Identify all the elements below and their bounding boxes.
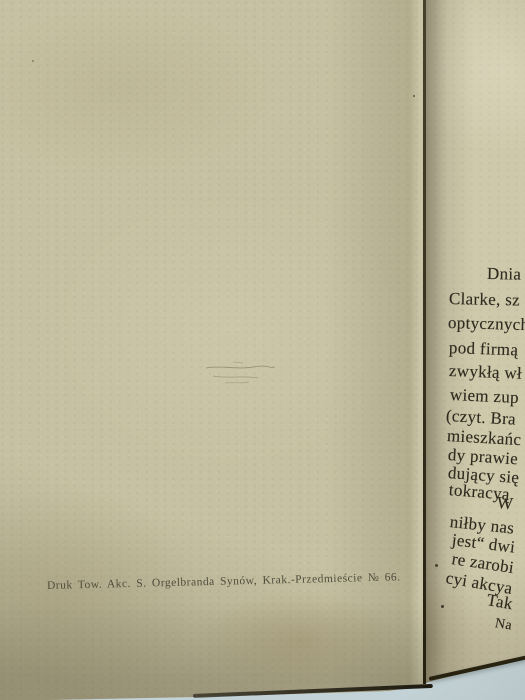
text-line: Dnia xyxy=(487,265,522,283)
book-photo: Druk Tow. Akc. S. Orgelbranda Synów, Kra… xyxy=(0,0,525,700)
text-line: Clarke, sz xyxy=(449,290,520,308)
printer-imprint: Druk Tow. Akc. S. Orgelbranda Synów, Kra… xyxy=(47,571,401,592)
text-line: zwykłą wł xyxy=(449,362,523,382)
text-line: Tak xyxy=(486,591,515,612)
text-line: pod firmą xyxy=(449,339,519,358)
book-gutter xyxy=(423,0,426,684)
text-line: wiem zup xyxy=(450,386,520,406)
paper-speck xyxy=(435,564,438,567)
text-line: Na xyxy=(494,617,513,633)
text-line: (czyt. Bra xyxy=(446,407,517,428)
paper-speck xyxy=(441,605,444,608)
text-line: optycznych xyxy=(448,314,525,333)
scratch-mark xyxy=(203,356,278,390)
text-line: W xyxy=(496,494,514,512)
paper-speck xyxy=(413,95,415,97)
paper-speck xyxy=(32,60,34,62)
